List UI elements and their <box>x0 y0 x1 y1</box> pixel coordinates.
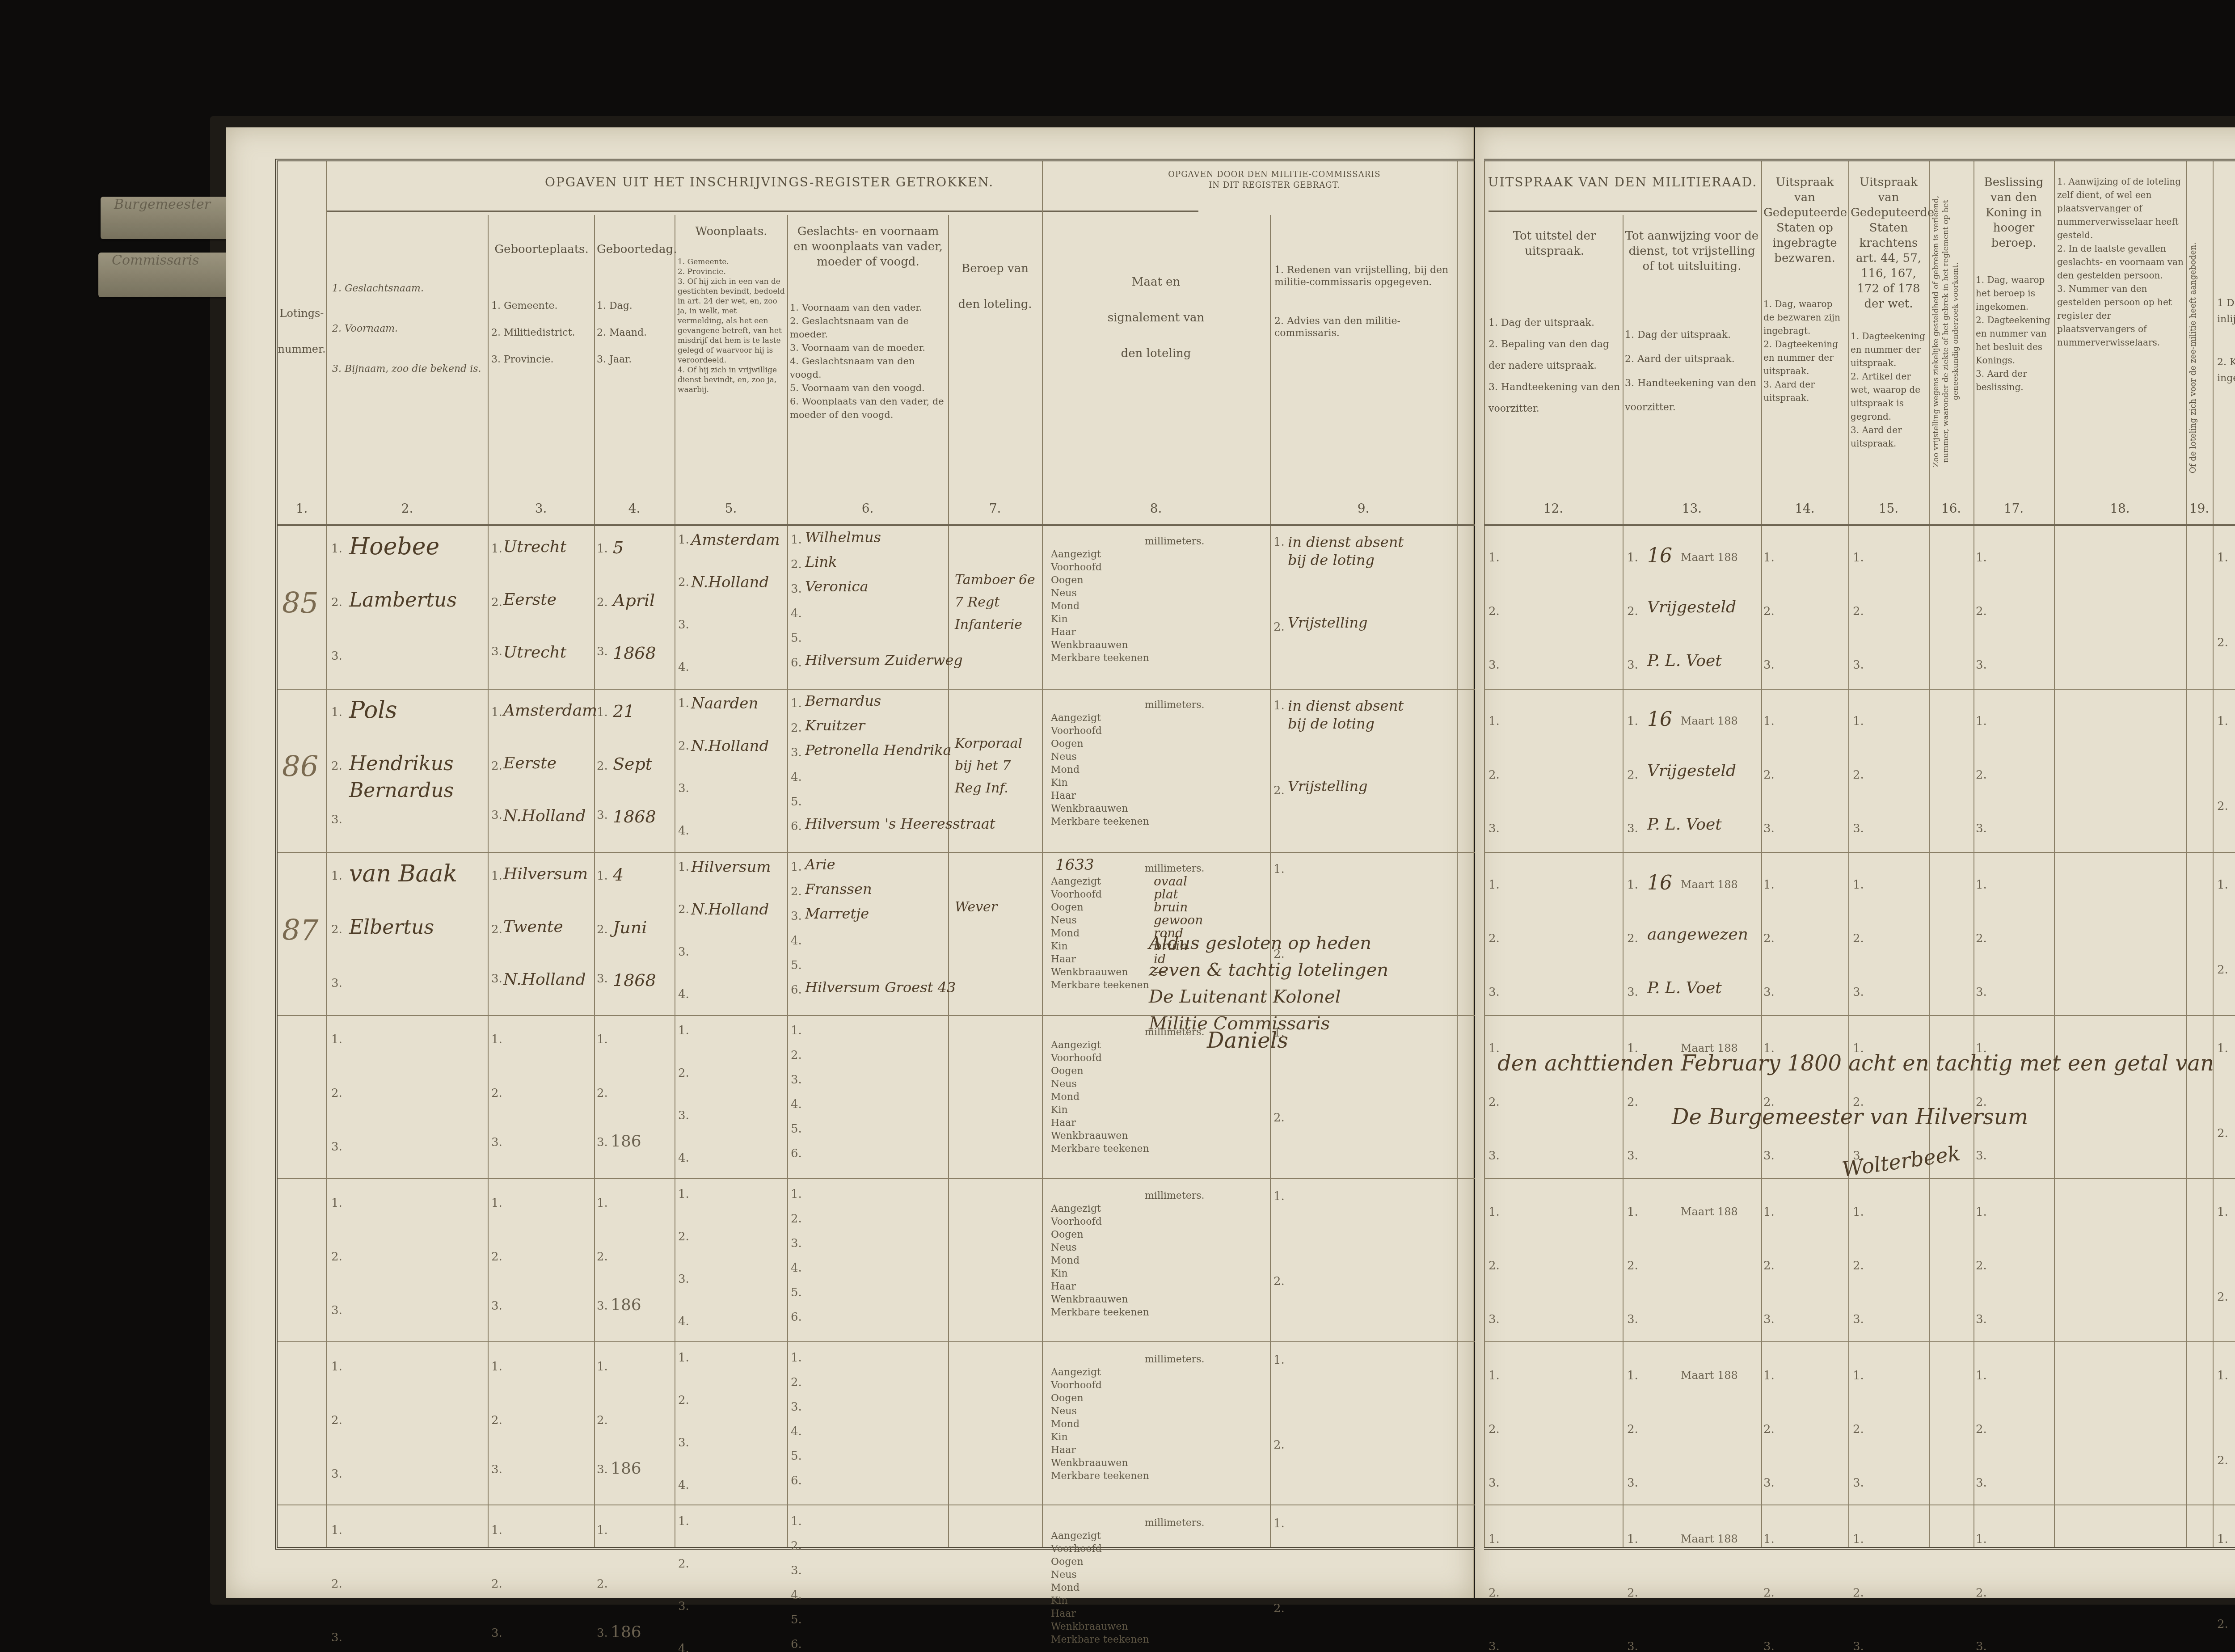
signalement-label: Haar <box>1051 1117 1076 1129</box>
ouder-2: Kruitzer <box>805 717 865 734</box>
printed-stub: 3. <box>791 1400 802 1414</box>
printed-stub: 6. <box>791 1311 802 1324</box>
uitspraak-2: aangewezen <box>1647 925 1748 944</box>
signalement-label: Aangezigt <box>1051 1366 1101 1379</box>
col-number: 8. <box>1042 501 1270 516</box>
col-rule <box>1623 215 1624 1547</box>
signalement-label: Oogen <box>1051 1392 1084 1405</box>
printed-stub: 1. <box>678 533 689 547</box>
printed-stub: 1. <box>1853 1533 1864 1546</box>
printed-stub: 3. <box>1853 1313 1864 1326</box>
header-col-6: Geslachts- en voornaam en woonplaats van… <box>790 224 946 421</box>
printed-stub: 3. <box>331 813 342 826</box>
maart-stub: Maart 188 <box>1681 1533 1738 1545</box>
printed-stub: 4. <box>678 1315 689 1328</box>
printed-stub: 3. <box>1976 1640 1987 1652</box>
printed-stub: 1. <box>1489 715 1500 728</box>
signalement-label: Wenkbraauwen <box>1051 1457 1128 1470</box>
printed-stub: 2. <box>1853 932 1864 945</box>
printed-stub: 1. <box>1976 715 1987 728</box>
printed-stub: 2. <box>1976 768 1987 782</box>
signalement-label: Haar <box>1051 1608 1076 1620</box>
maart-stub: Maart 188 <box>1681 551 1738 564</box>
geslachtsnaam: van Baak <box>349 860 457 887</box>
printed-stub: 2. <box>678 1230 689 1243</box>
printed-stub: 2. <box>331 923 342 936</box>
printed-stub: 2. <box>1976 932 1987 945</box>
printed-stub: 3. <box>791 1237 802 1250</box>
printed-stub: 5. <box>791 795 802 809</box>
printed-stub: 3. <box>1976 1476 1987 1490</box>
printed-stub: 1. <box>2217 1369 2228 1382</box>
col-number: 12. <box>1484 501 1623 516</box>
row-divider <box>1484 1015 2235 1016</box>
closing-note-burgemeester: De Burgemeester van Hilversum <box>1672 1104 2028 1129</box>
col-number: 14. <box>1761 501 1848 516</box>
printed-stub: 2. <box>2217 636 2228 649</box>
ouder-2: Link <box>805 553 837 570</box>
left-page: OPGAVEN UIT HET INSCHRIJVINGS-REGISTER G… <box>226 127 1474 1598</box>
printed-stub: 3. <box>678 782 689 795</box>
printed-stub: 3. <box>331 1304 342 1317</box>
col-rule <box>594 215 595 1547</box>
printed-stub: 3. <box>1763 822 1775 835</box>
printed-stub: 2. <box>1489 1259 1500 1273</box>
printed-stub: 2. <box>597 1577 608 1591</box>
printed-stub: 3. <box>1489 1640 1500 1652</box>
signalement-label: Voorhoofd <box>1051 889 1102 901</box>
lotingsnummer: 85 <box>282 587 318 620</box>
col-rule <box>1042 161 1043 1547</box>
printed-stub: 3. <box>1763 1640 1775 1652</box>
printed-stub: 2. <box>791 721 802 735</box>
printed-stub: 1. <box>1274 699 1285 712</box>
printed-stub: 4. <box>791 1589 802 1602</box>
section-title-inschrijving: OPGAVEN UIT HET INSCHRIJVINGS-REGISTER G… <box>345 175 1194 190</box>
printed-stub: 6. <box>791 820 802 833</box>
ouder-1: Arie <box>805 856 835 873</box>
woonplaats-1: Amsterdam <box>691 531 780 549</box>
printed-stub: 2. <box>1274 784 1285 797</box>
signalement-label: Mond <box>1051 764 1080 776</box>
militie-commissaris-opgave-1: in dienst absent bij de loting <box>1288 533 1404 569</box>
geboortedag-2: Sept <box>613 754 652 774</box>
printed-stub: 3. <box>1853 1640 1864 1652</box>
col-rule <box>1974 161 1974 1547</box>
signalement-label: Kin <box>1051 1104 1068 1117</box>
uitspraak-2: Vrijgesteld <box>1647 762 1736 780</box>
printed-stub: 1. <box>2217 1533 2228 1546</box>
col-rule <box>2213 161 2214 1547</box>
printed-stub: 1. <box>2217 878 2228 892</box>
row-divider <box>278 852 1476 853</box>
printed-stub: 3. <box>1627 1476 1638 1490</box>
signalement-label: Mond <box>1051 1255 1080 1267</box>
printed-stub: 5. <box>791 959 802 972</box>
commissaris-signature: Daniels <box>1207 1028 1288 1053</box>
divider <box>327 211 1198 212</box>
printed-stub: 2. <box>1853 1423 1864 1436</box>
printed-stub: 1. <box>597 1197 608 1210</box>
signalement-label: Haar <box>1051 1281 1076 1293</box>
beroep: Tamboer 6e 7 Regt Infanterie <box>955 569 1040 636</box>
printed-stub: 4. <box>678 824 689 838</box>
printed-stub: 1. <box>491 1033 502 1046</box>
header-col-18: 1. Aanwijzing of de loteling zelf dient,… <box>2057 175 2184 349</box>
printed-stub: 3. <box>491 1299 502 1313</box>
printed-stub: 2. <box>491 923 502 936</box>
printed-stub: 3. <box>1627 986 1638 999</box>
printed-stub: 3. <box>331 1467 342 1481</box>
printed-stub: 1. <box>1627 715 1638 728</box>
printed-stub: 3. <box>331 649 342 663</box>
signalement-label: Wenkbraauwen <box>1051 966 1128 979</box>
printed-stub: 3. <box>1763 1149 1775 1163</box>
printed-stub: 1. <box>2217 715 2228 728</box>
printed-stub: 1. <box>678 1515 689 1528</box>
signalement-label: Voorhoofd <box>1051 561 1102 574</box>
printed-stub: 2. <box>331 1250 342 1264</box>
printed-stub: 3. <box>331 1140 342 1154</box>
printed-stub: 1. <box>1853 715 1864 728</box>
signalement-label: Wenkbraauwen <box>1051 639 1128 652</box>
printed-stub: 1. <box>331 542 342 556</box>
printed-stub: 2. <box>491 1087 502 1100</box>
signalement-label: Voorhoofd <box>1051 1052 1102 1065</box>
printed-stub: 2. <box>1976 1586 1987 1600</box>
printed-stub: 1. <box>1627 1369 1638 1382</box>
printed-stub: 4. <box>678 661 689 674</box>
geboorteplaats-2: Twente <box>503 918 563 936</box>
printed-stub: 3. <box>1763 986 1775 999</box>
col-rule <box>675 215 675 1547</box>
printed-stub: 2. <box>491 1414 502 1427</box>
printed-stub: 3. <box>791 910 802 923</box>
signalement-label: Aangezigt <box>1051 712 1101 725</box>
printed-stub: 1. <box>1976 1369 1987 1382</box>
voornaam: Lambertus <box>349 587 483 614</box>
printed-stub: 6. <box>791 1147 802 1160</box>
signalement-label: Aangezigt <box>1051 876 1101 888</box>
signalement-label: Neus <box>1051 1405 1077 1418</box>
geslachtsnaam: Hoebee <box>349 533 439 560</box>
printed-stub: 2. <box>2217 1454 2228 1467</box>
index-tab[interactable]: Commissaris <box>98 253 246 297</box>
printed-stub: 2. <box>597 1250 608 1264</box>
printed-stub: 3. <box>1976 1149 1987 1163</box>
row-divider <box>1484 1341 2235 1342</box>
printed-stub: 1. <box>597 869 608 883</box>
header-col-7: Beroep van den loteling. <box>957 251 1033 322</box>
geboorteplaats-1: Utrecht <box>503 538 566 556</box>
printed-stub: 2. <box>597 1414 608 1427</box>
empty-year-stub: 186 <box>611 1132 641 1150</box>
signalement-label: Neus <box>1051 587 1077 600</box>
printed-stub: 1. <box>2217 1205 2228 1219</box>
col-number: 16. <box>1929 501 1974 516</box>
printed-stub: 2. <box>1763 1586 1775 1600</box>
printed-stub: 1. <box>491 869 502 883</box>
signalement-label: Wenkbraauwen <box>1051 803 1128 815</box>
signalement-label: Merkbare teekenen <box>1051 1634 1149 1646</box>
geboortedag-1: 21 <box>613 701 634 721</box>
signalement-label: Kin <box>1051 777 1068 789</box>
printed-stub: 2. <box>791 1376 802 1389</box>
printed-stub: 3. <box>1489 1149 1500 1163</box>
printed-stub: 4. <box>678 1642 689 1652</box>
geboorteplaats-3: N.Holland <box>503 970 586 989</box>
printed-stub: 2. <box>1627 605 1638 618</box>
header-col-15: Uitspraak van Gedeputeerde Staten kracht… <box>1851 175 1927 450</box>
printed-stub: 1. <box>1763 1205 1775 1219</box>
printed-stub: 2. <box>491 596 502 609</box>
printed-stub: 3. <box>1489 986 1500 999</box>
signalement-label: Neus <box>1051 1078 1077 1091</box>
printed-stub: 3. <box>1976 822 1987 835</box>
geboortedag-3: 1868 <box>613 970 656 990</box>
printed-stub: 2. <box>1853 768 1864 782</box>
printed-stub: 1. <box>1627 1205 1638 1219</box>
printed-stub: 2. <box>331 1577 342 1591</box>
printed-stub: 2. <box>1274 1275 1285 1288</box>
printed-stub: 3. <box>1853 986 1864 999</box>
militie-commissaris-opgave-2: Vrijstelling <box>1288 777 1404 795</box>
printed-stub: 2. <box>2217 1290 2228 1304</box>
printed-stub: 2. <box>678 1066 689 1080</box>
col-number: 20. <box>2213 501 2235 516</box>
maart-stub: Maart 188 <box>1681 1369 1738 1382</box>
col-rule <box>2054 161 2055 1547</box>
geboorteplaats-3: Utrecht <box>503 643 566 662</box>
printed-stub: 5. <box>791 1450 802 1463</box>
printed-stub: 1. <box>678 1351 689 1365</box>
printed-stub: 1. <box>1763 1533 1775 1546</box>
printed-stub: 1. <box>2217 551 2228 565</box>
signalement-label: Kin <box>1051 1268 1068 1280</box>
col-number: 2. <box>327 501 488 516</box>
printed-stub: 2. <box>791 1049 802 1062</box>
printed-stub: 1. <box>1763 551 1775 565</box>
col-number: 17. <box>1974 501 2054 516</box>
signalement-label: Voorhoofd <box>1051 725 1102 737</box>
signalement-label: Merkbare teekenen <box>1051 1470 1149 1483</box>
signalement-label: Haar <box>1051 1444 1076 1457</box>
printed-stub: 1. <box>678 697 689 710</box>
printed-stub: 1. <box>331 869 342 883</box>
printed-stub: 1. <box>2217 1042 2228 1055</box>
signalement-label: Haar <box>1051 790 1076 802</box>
printed-stub: 2. <box>2217 1618 2228 1631</box>
signalement-label: Kin <box>1051 940 1068 953</box>
printed-stub: 3. <box>678 945 689 959</box>
printed-stub: 1. <box>791 697 802 710</box>
printed-stub: 1. <box>1853 551 1864 565</box>
right-page: UITSPRAAK VAN DEN MILITIERAAD. Tot uitst… <box>1475 127 2235 1598</box>
geboortedag-1: 5 <box>613 538 624 557</box>
row-divider <box>1484 1504 2235 1505</box>
printed-stub: 2. <box>1489 1586 1500 1600</box>
printed-stub: 5. <box>791 1286 802 1299</box>
col-number: 5. <box>675 501 787 516</box>
signalement-label: millimeters. <box>1145 1517 1205 1530</box>
signalement-label: Kin <box>1051 1595 1068 1607</box>
printed-stub: 3. <box>491 1136 502 1149</box>
row-divider <box>1484 852 2235 853</box>
printed-stub: 3. <box>597 972 608 986</box>
ouder-3: Marretje <box>805 905 869 922</box>
printed-stub: 5. <box>791 1613 802 1627</box>
printed-stub: 3. <box>1976 986 1987 999</box>
printed-stub: 1. <box>678 1188 689 1201</box>
printed-stub: 3. <box>791 582 802 596</box>
geboorteplaats-2: Eerste <box>503 590 557 609</box>
militie-commissaris-opgave-2: Vrijstelling <box>1288 614 1404 632</box>
printed-stub: 1. <box>597 1524 608 1537</box>
printed-stub: 3. <box>678 1600 689 1613</box>
printed-stub: 1. <box>331 1033 342 1046</box>
printed-stub: 3. <box>491 972 502 986</box>
printed-stub: 3. <box>678 1273 689 1286</box>
printed-stub: 2. <box>1627 1096 1638 1109</box>
printed-stub: 2. <box>1763 1259 1775 1273</box>
geboortedag-2: Juni <box>613 918 647 937</box>
printed-stub: 2. <box>1976 1423 1987 1436</box>
printed-stub: 1. <box>1489 1369 1500 1382</box>
col-rule <box>1848 161 1849 1547</box>
header-lotingsnummer: Lotings- nummer. <box>278 295 326 367</box>
geslachtsnaam: Pols <box>349 697 397 724</box>
printed-stub: 3. <box>491 1627 502 1640</box>
lotingsnummer: 87 <box>282 914 318 947</box>
col-rule <box>1270 215 1271 1547</box>
uitspraak-3: P. L. Voet <box>1647 652 1722 670</box>
uitspraak-3: P. L. Voet <box>1647 815 1722 834</box>
printed-stub: 2. <box>491 1577 502 1591</box>
section-title-militieraad: UITSPRAAK VAN DEN MILITIERAAD. <box>1484 175 1761 190</box>
signalement-label: Voorhoofd <box>1051 1543 1102 1555</box>
printed-stub: 3. <box>491 809 502 822</box>
printed-stub: 2. <box>2217 800 2228 813</box>
printed-stub: 4. <box>791 1098 802 1111</box>
col-rule <box>2186 161 2187 1547</box>
signalement-label: Neus <box>1051 1242 1077 1254</box>
woonplaats-2: N.Holland <box>691 737 769 755</box>
printed-stub: 1. <box>1489 551 1500 565</box>
printed-stub: 2. <box>1763 768 1775 782</box>
printed-stub: 3. <box>597 809 608 822</box>
printed-stub: 3. <box>1763 1313 1775 1326</box>
printed-stub: 1. <box>1976 551 1987 565</box>
printed-stub: 1. <box>1274 1353 1285 1367</box>
header-col-14: Uitspraak van Gedeputeerde Staten op ing… <box>1763 175 1846 405</box>
header-col-20: 1 Dag der inlijving. 2. Korps, waarbij i… <box>2217 295 2235 387</box>
col-rule <box>326 161 327 1547</box>
printed-stub: 3. <box>597 1299 608 1313</box>
col-rule <box>787 215 788 1547</box>
printed-stub: 3. <box>491 645 502 658</box>
printed-stub: 2. <box>1489 1096 1500 1109</box>
uitspraak-3: P. L. Voet <box>1647 979 1722 997</box>
col-rule <box>1457 161 1458 1547</box>
signalement-label: Merkbare teekenen <box>1051 1306 1149 1319</box>
header-col-9: 1. Redenen van vrijstelling, bij den mil… <box>1274 264 1453 339</box>
printed-stub: 2. <box>1627 768 1638 782</box>
signalement-label: Haar <box>1051 626 1076 639</box>
row-divider <box>278 1504 1476 1505</box>
col-number: 3. <box>488 501 594 516</box>
voornaam: Hendrikus Bernardus <box>349 750 483 804</box>
ouder-6: Hilversum Zuiderweg <box>805 652 963 669</box>
woonplaats-1: Hilversum <box>691 858 771 876</box>
signalement-label: Merkbare teekenen <box>1051 652 1149 665</box>
printed-stub: 1. <box>1489 878 1500 892</box>
closing-note-line: den achttienden February 1800 acht en ta… <box>1497 1051 2214 1076</box>
geboortedag-3: 1868 <box>613 643 656 663</box>
printed-stub: 2. <box>1274 1111 1285 1125</box>
printed-stub: 6. <box>791 1638 802 1651</box>
printed-stub: 1. <box>791 533 802 547</box>
col-number: 7. <box>948 501 1042 516</box>
printed-stub: 1. <box>1274 1190 1285 1203</box>
signalement-label: Aangezigt <box>1051 1530 1101 1542</box>
printed-stub: 3. <box>597 1627 608 1640</box>
signalement-label: Mond <box>1051 1091 1080 1104</box>
geboorteplaats-1: Hilversum <box>503 865 588 883</box>
printed-stub: 3. <box>1853 1476 1864 1490</box>
empty-year-stub: 186 <box>611 1296 641 1314</box>
signalement-label: Voorhoofd <box>1051 1216 1102 1228</box>
printed-stub: 1. <box>331 1524 342 1537</box>
printed-stub: 1. <box>1763 715 1775 728</box>
signalement-label: Kin <box>1051 613 1068 626</box>
printed-stub: 1. <box>491 1524 502 1537</box>
header-col-13: Tot aanwijzing voor de dienst, tot vrijs… <box>1625 228 1759 420</box>
signalement-label: Mond <box>1051 600 1080 613</box>
printed-stub: 2. <box>678 739 689 753</box>
printed-stub: 2. <box>791 1212 802 1226</box>
beroep: Korporaal bij het 7 Reg Inf. <box>955 733 1040 800</box>
printed-stub: 2. <box>1274 1438 1285 1452</box>
geboortedag-1: 4 <box>613 865 624 885</box>
signalement-label: Neus <box>1051 751 1077 763</box>
signalement-label: Oogen <box>1051 1065 1084 1078</box>
printed-stub: 3. <box>597 1136 608 1149</box>
ouder-3: Petronella Hendrika <box>805 742 952 759</box>
printed-stub: 1. <box>791 1515 802 1528</box>
row-divider <box>278 524 1476 526</box>
index-tab[interactable]: Burgemeester <box>101 197 235 239</box>
printed-stub: 3. <box>1976 1313 1987 1326</box>
printed-stub: 1. <box>1853 878 1864 892</box>
printed-stub: 3. <box>1627 1313 1638 1326</box>
printed-stub: 2. <box>1274 620 1285 634</box>
uitspraak-1: 16 <box>1647 544 1672 567</box>
printed-stub: 4. <box>791 607 802 620</box>
printed-stub: 3. <box>1489 1313 1500 1326</box>
printed-stub: 2. <box>678 903 689 916</box>
empty-year-stub: 186 <box>611 1623 641 1641</box>
printed-stub: 3. <box>1627 1640 1638 1652</box>
printed-stub: 3. <box>1763 1476 1775 1490</box>
signalement-label: Kin <box>1051 1431 1068 1444</box>
printed-stub: 1. <box>1274 535 1285 549</box>
ouder-2: Franssen <box>805 881 872 898</box>
maart-stub: Maart 188 <box>1681 878 1738 891</box>
printed-stub: 1. <box>791 1351 802 1365</box>
ouder-3: Veronica <box>805 578 869 595</box>
printed-stub: 4. <box>791 934 802 948</box>
printed-stub: 3. <box>791 1073 802 1087</box>
